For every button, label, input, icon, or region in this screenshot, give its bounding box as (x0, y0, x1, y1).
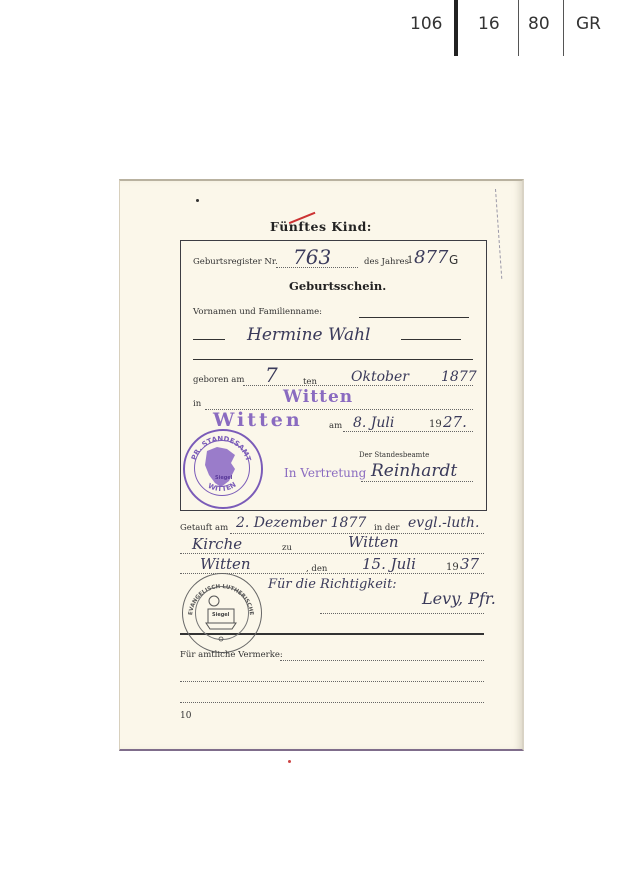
civil-registry-stamp: PR. STANDESAMT WITTEN Siegel (183, 429, 263, 509)
speck (288, 760, 291, 763)
certificate-box: Geburtsregister Nr. 763 des Jahres 1 877… (180, 240, 487, 511)
stamp-center: Siegel (212, 612, 229, 618)
issued-year: 37 (460, 555, 479, 573)
divider (518, 0, 519, 56)
register-number: 763 (293, 245, 331, 269)
baptism-town: Witten (348, 533, 399, 551)
name-underline (359, 317, 469, 318)
archive-field-2: 16 (478, 14, 500, 34)
stamp-center: Siegel (215, 475, 232, 481)
notes-line (280, 660, 484, 661)
place-label: in (193, 399, 201, 409)
born-month: Oktober (351, 369, 409, 385)
church-type: evgl.-luth. (408, 515, 479, 531)
year-label: des Jahres (364, 257, 409, 267)
name-label: Vornamen und Familienname: (193, 307, 322, 317)
issue-date: 8. Juli (353, 415, 394, 431)
representation-stamp: In Vertretung (284, 466, 366, 480)
archive-field-4: GR (576, 14, 601, 34)
issue-on-label: am (329, 421, 342, 431)
zu-label: zu (282, 543, 292, 553)
birth-certificate-page: Fünftes Kind: Geburtsregister Nr. 763 de… (119, 179, 524, 751)
name-underline (401, 339, 461, 340)
official-notes-label: Für amtliche Vermerke: (180, 650, 283, 660)
speck (196, 199, 199, 202)
den-label: , den (306, 564, 327, 574)
born-ten: ten (303, 377, 317, 387)
issue-year-prefix: 19 (429, 419, 442, 430)
divider-line (193, 359, 473, 360)
notes-line (180, 702, 484, 703)
born-year: 1877 (441, 369, 477, 385)
issue-year: 27. (443, 413, 467, 431)
archive-reference-header: 106 16 80 GR (398, 0, 620, 56)
certification-text: Für die Richtigkeit: (268, 577, 397, 592)
registrar-signature: Reinhardt (371, 461, 457, 481)
baptism-label: Getauft am (180, 523, 228, 533)
archive-field-1: 106 (410, 14, 442, 34)
church-stamp: EVANGELISCH LUTHERISCHE GEMEINDE Siegel (182, 573, 262, 653)
child-heading: Fünftes Kind: (120, 219, 522, 234)
notes-line (180, 681, 484, 682)
divider (454, 0, 458, 56)
issued-year-prefix: 19 (446, 562, 459, 573)
place-stamp: Witten (283, 387, 353, 407)
register-suffix: G (449, 253, 458, 267)
divider (563, 0, 564, 56)
registrar-label: Der Standesbeamte (359, 451, 429, 459)
baptism-date: 2. Dezember 1877 (236, 515, 366, 531)
dotted-line (180, 553, 484, 554)
name-value: Hermine Wahl (247, 325, 371, 345)
issued-date: 15. Juli (362, 555, 416, 573)
register-label: Geburtsregister Nr. (193, 257, 278, 267)
church: Kirche (192, 535, 242, 553)
page-number: 10 (180, 711, 191, 721)
certificate-title: Geburtsschein. (289, 279, 386, 293)
dotted-line (320, 613, 484, 614)
eagle-icon: PR. STANDESAMT WITTEN (183, 429, 259, 505)
issue-place-stamp: Witten (213, 409, 303, 431)
pastor-signature: Levy, Pfr. (422, 589, 496, 608)
register-year: 877 (414, 247, 448, 268)
svg-text:EVANGELISCH LUTHERISCHE GEMEIN: EVANGELISCH LUTHERISCHE GEMEINDE (182, 573, 254, 617)
name-underline (193, 339, 225, 340)
born-label: geboren am (193, 375, 244, 385)
dotted-line (343, 431, 473, 432)
dotted-line (361, 481, 473, 482)
issued-place: Witten (200, 555, 251, 573)
archive-field-3: 80 (528, 14, 550, 34)
year-prefix: 1 (407, 255, 413, 266)
born-day: 7 (265, 363, 278, 387)
baptism-in-label: in der (374, 523, 399, 533)
